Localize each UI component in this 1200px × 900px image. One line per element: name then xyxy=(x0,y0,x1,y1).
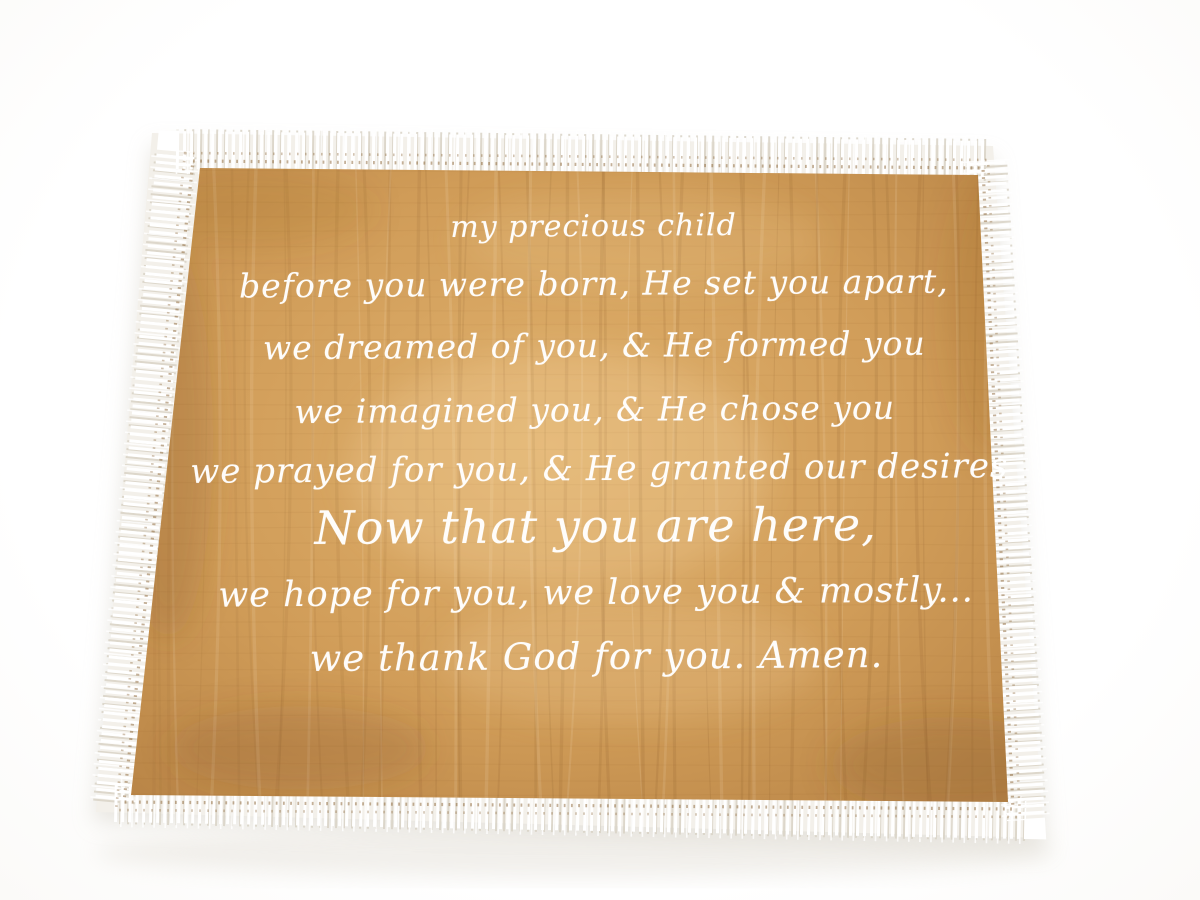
text-line-8: we thank God for you. Amen. xyxy=(191,633,1001,680)
text-line-2: before you were born, He set you apart, xyxy=(189,263,999,306)
text-line-3: we dreamed of you, & He formed you xyxy=(189,325,999,368)
text-line-1: my precious child xyxy=(188,207,998,246)
text-line-5: we prayed for you, & He granted our desi… xyxy=(190,448,1000,492)
photo-canvas: my precious child before you were born, … xyxy=(0,0,1200,900)
blanket-printed-text: my precious child before you were born, … xyxy=(188,207,1001,680)
text-line-7: we hope for you, we love you & mostly... xyxy=(191,571,1001,616)
text-line-4: we imagined you, & He chose you xyxy=(190,389,1000,432)
text-line-6: Now that you are here, xyxy=(190,498,1000,555)
